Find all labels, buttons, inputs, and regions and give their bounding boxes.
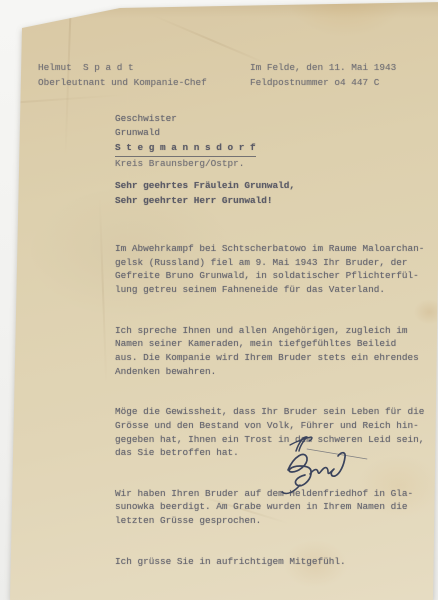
photo-backdrop: Helmut S p a d tOberleutnant und Kompani…: [0, 0, 438, 600]
paper-shadow: Helmut S p a d tOberleutnant und Kompani…: [0, 0, 438, 600]
recipient-village-underlined: S t e g m a n n s d o r f: [115, 141, 256, 157]
paragraph: Ich spreche Ihnen und allen Angehörigen,…: [115, 324, 424, 378]
recipient-line: Geschwister: [115, 112, 256, 126]
sender-rank: Oberleutnant und Kompanie-Chef: [38, 76, 207, 91]
sender-block: Helmut S p a d tOberleutnant und Kompani…: [38, 61, 207, 90]
paper-crease: [99, 196, 108, 386]
paper-crease: [152, 14, 272, 67]
paper-crease: [6, 94, 126, 104]
paragraph: Im Abwehrkampf bei Schtscherbatowo im Ra…: [115, 242, 424, 296]
field-post-number: Feldpostnummer o4 447 C: [250, 76, 396, 91]
letter-paper: Helmut S p a d tOberleutnant und Kompani…: [0, 0, 438, 600]
salutation-line: Sehr geehrtes Fräulein Grunwald,: [115, 178, 295, 193]
sender-name: Helmut S p a d t: [38, 61, 207, 76]
salutation-line: Sehr geehrter Herr Grunwald!: [115, 193, 295, 208]
recipient-block: GeschwisterGrunwaldS t e g m a n n s d o…: [115, 112, 256, 171]
salutation-block: Sehr geehrtes Fräulein Grunwald,Sehr gee…: [115, 178, 295, 208]
handwritten-signature-icon: [250, 428, 370, 508]
recipient-line: Grunwald: [115, 126, 256, 140]
letter-date: Im Felde, den 11. Mai 1943: [250, 61, 396, 76]
dateline-block: Im Felde, den 11. Mai 1943Feldpostnummer…: [250, 61, 396, 90]
recipient-district: Kreis Braunsberg/Ostpr.: [115, 157, 256, 171]
closing-line: Ich grüsse Sie in aufrichtigem Mitgefühl…: [115, 555, 424, 569]
letter-body: Im Abwehrkampf bei Schtscherbatowo im Ra…: [115, 215, 424, 596]
